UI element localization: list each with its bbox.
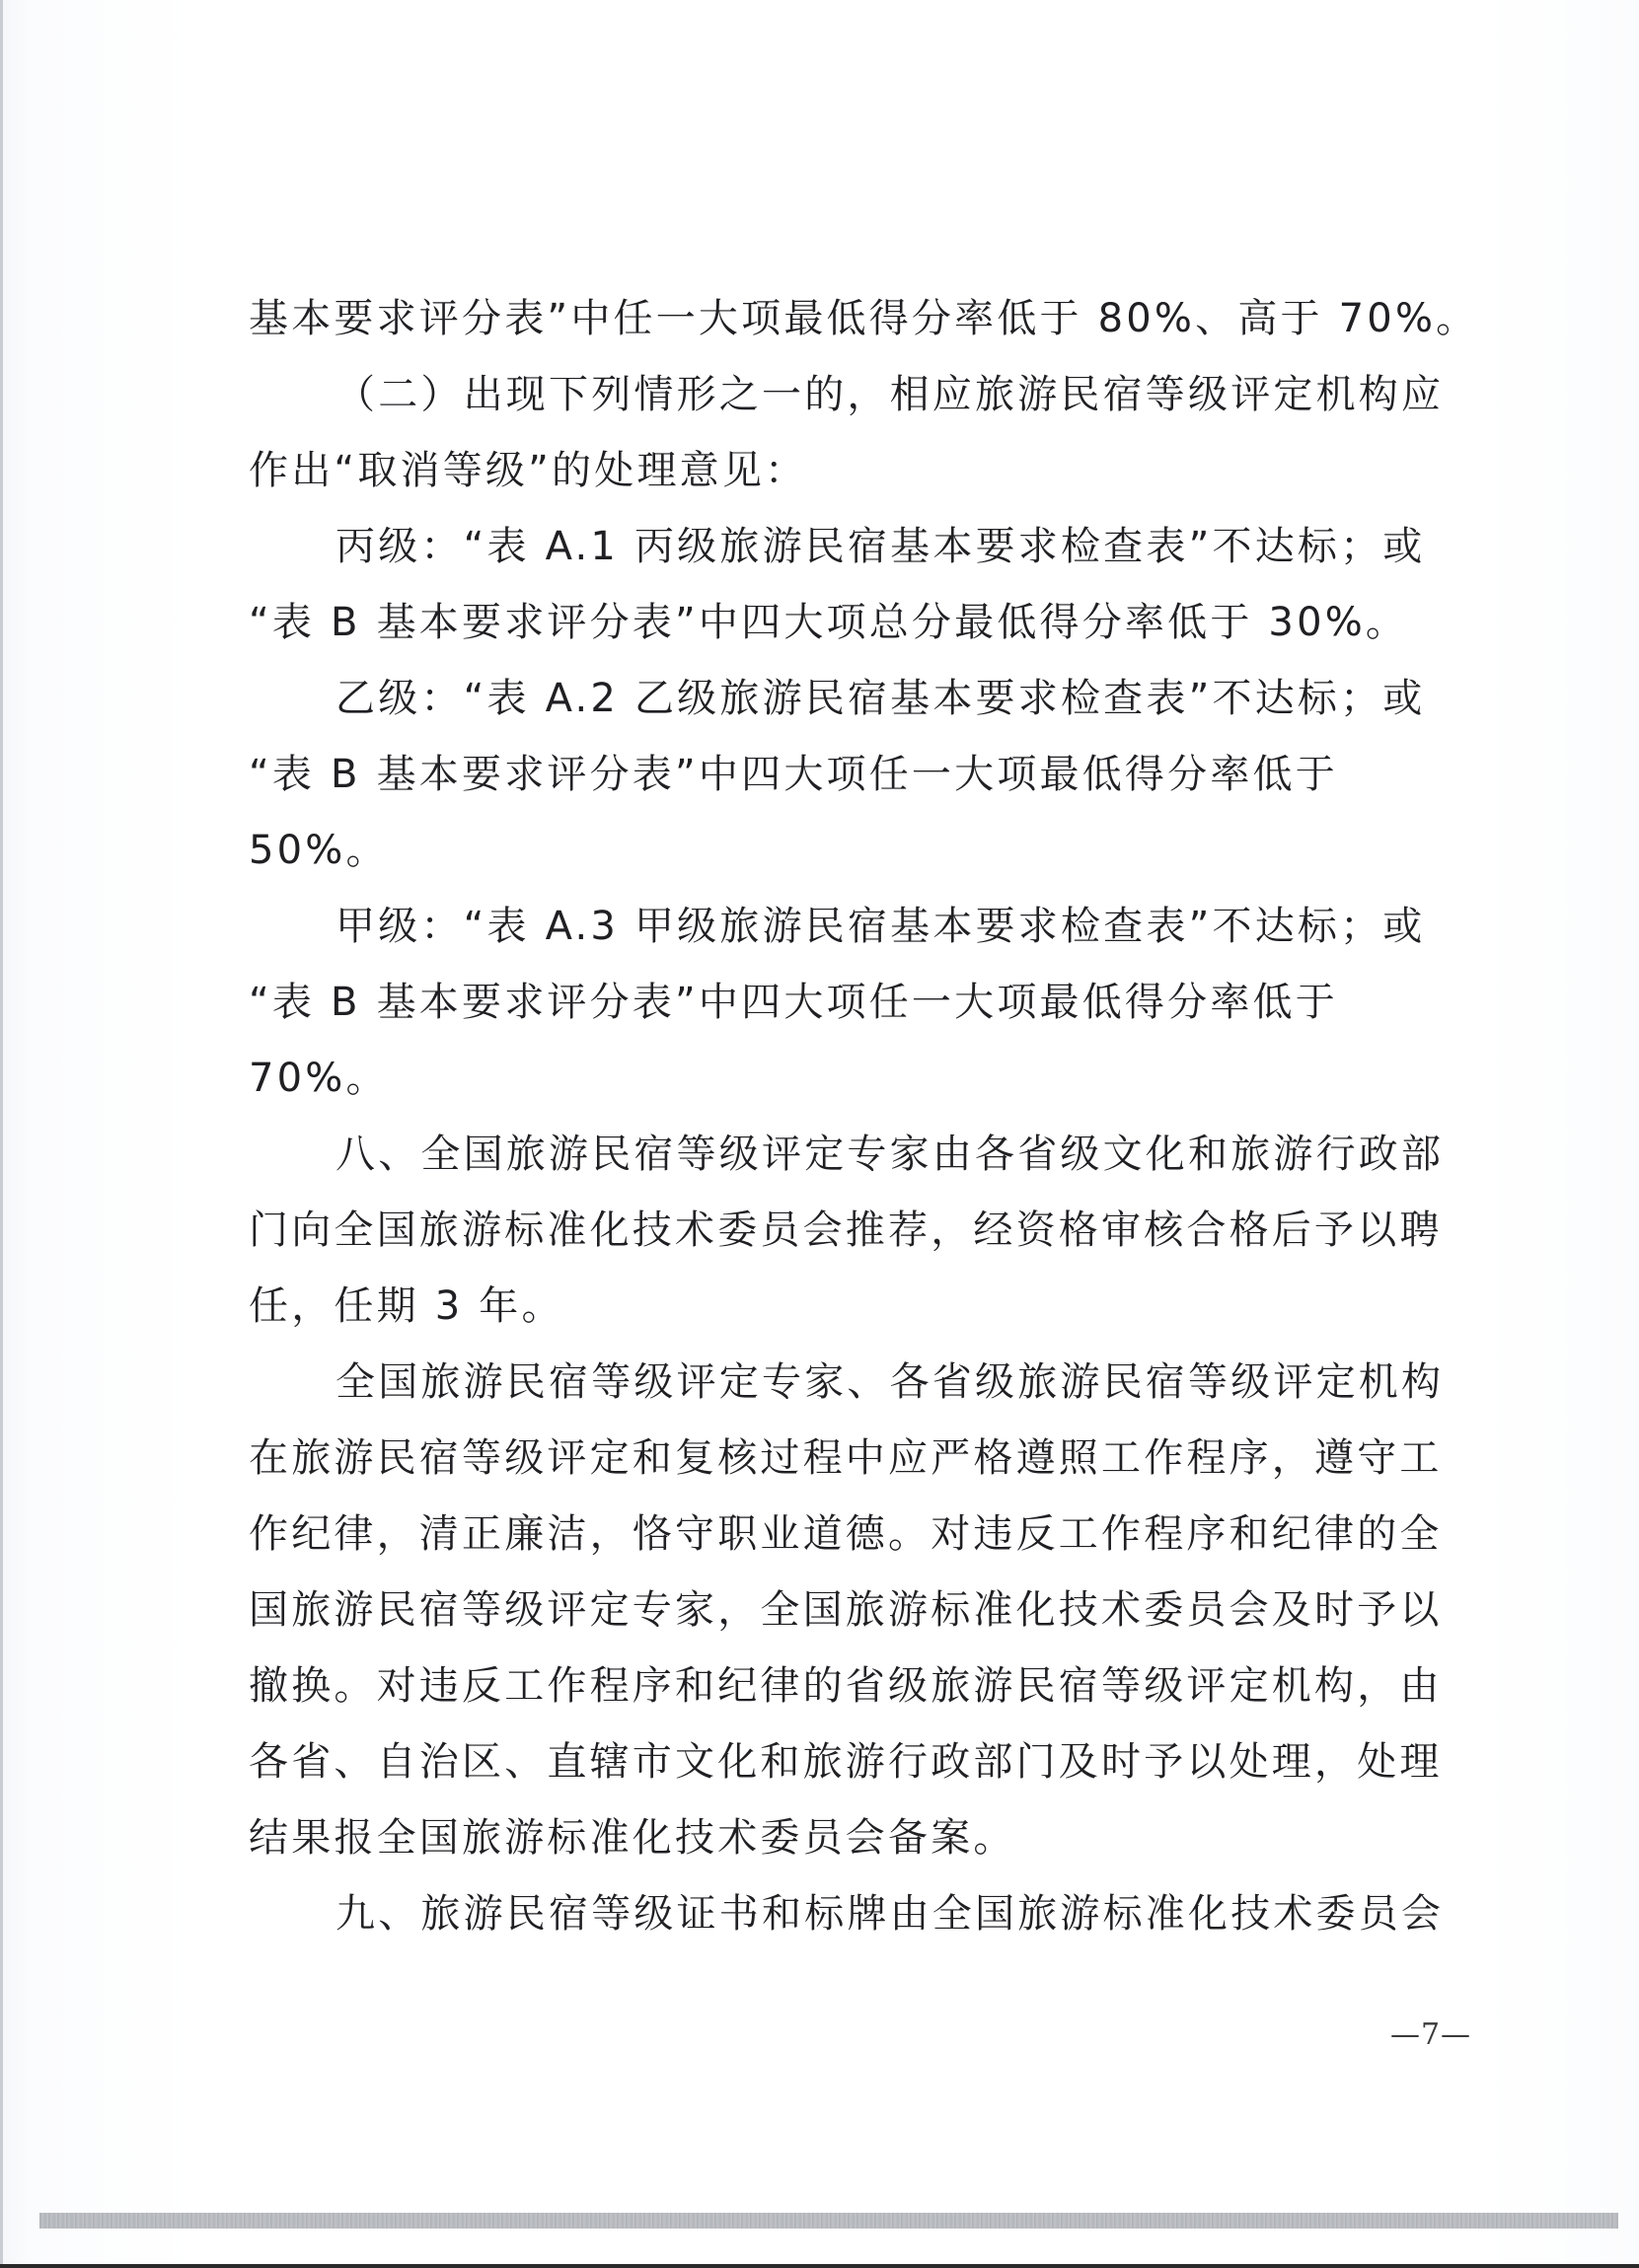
text-line-2-section-two: （二）出现下列情形之一的，相应旅游民宿等级评定机构应 [249, 357, 1472, 433]
text-line-12-section-eight: 八、全国旅游民宿等级评定专家由各省级文化和旅游行政部 [249, 1117, 1472, 1193]
text-line-8: 50%。 [249, 813, 1472, 889]
text-line-19: 撤换。对违反工作程序和纪律的省级旅游民宿等级评定机构，由 [249, 1648, 1472, 1724]
text-line-11: 70%。 [249, 1041, 1472, 1117]
text-line-16: 在旅游民宿等级评定和复核过程中应严格遵照工作程序，遵守工 [249, 1421, 1472, 1497]
text-line-20: 各省、自治区、直辖市文化和旅游行政部门及时予以处理，处理 [249, 1724, 1472, 1800]
text-line-4-grade-c: 丙级：“表 A.1 丙级旅游民宿基本要求检查表”不达标；或 [249, 509, 1472, 585]
page-number: —7— [1381, 2017, 1480, 2052]
text-line-13: 门向全国旅游标准化技术委员会推荐，经资格审核合格后予以聘 [249, 1193, 1472, 1269]
text-line-3: 作出“取消等级”的处理意见： [249, 433, 1472, 509]
scanned-page: 基本要求评分表”中任一大项最低得分率低于 80%、高于 70%。 （二）出现下列… [0, 0, 1639, 2268]
scan-artifact-bar [39, 2213, 1618, 2229]
text-line-15: 全国旅游民宿等级评定专家、各省级旅游民宿等级评定机构 [249, 1345, 1472, 1421]
text-line-22-section-nine: 九、旅游民宿等级证书和标牌由全国旅游标准化技术委员会 [249, 1876, 1472, 1952]
text-line-21: 结果报全国旅游标准化技术委员会备案。 [249, 1800, 1472, 1876]
text-line-1: 基本要求评分表”中任一大项最低得分率低于 80%、高于 70%。 [249, 281, 1472, 357]
text-line-18: 国旅游民宿等级评定专家，全国旅游标准化技术委员会及时予以 [249, 1573, 1472, 1648]
text-line-14: 任，任期 3 年。 [249, 1269, 1472, 1345]
body-text: 基本要求评分表”中任一大项最低得分率低于 80%、高于 70%。 （二）出现下列… [249, 281, 1472, 1952]
text-line-7: “表 B 基本要求评分表”中四大项任一大项最低得分率低于 [249, 737, 1472, 813]
text-line-5: “表 B 基本要求评分表”中四大项总分最低得分率低于 30%。 [249, 585, 1472, 661]
text-line-10: “表 B 基本要求评分表”中四大项任一大项最低得分率低于 [249, 965, 1472, 1041]
text-line-17: 作纪律，清正廉洁，恪守职业道德。对违反工作程序和纪律的全 [249, 1497, 1472, 1573]
text-line-6-grade-b: 乙级：“表 A.2 乙级旅游民宿基本要求检查表”不达标；或 [249, 661, 1472, 737]
scan-left-edge [0, 0, 3, 2268]
text-line-9-grade-a: 甲级：“表 A.3 甲级旅游民宿基本要求检查表”不达标；或 [249, 889, 1472, 965]
scan-bottom-edge [0, 2264, 1639, 2268]
